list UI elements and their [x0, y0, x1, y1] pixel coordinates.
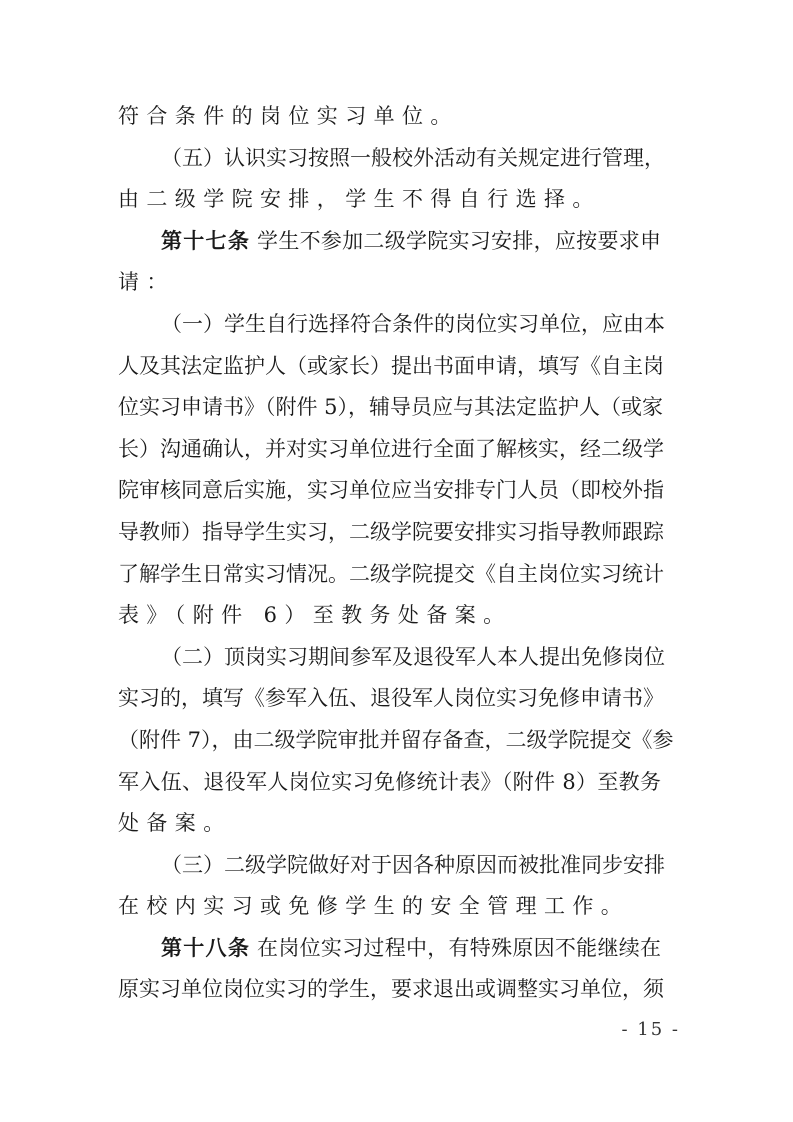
article-heading-line: 第十七条 学生不参加二级学院实习安排，应按要求申 — [118, 221, 661, 263]
line-text: 军入伍、退役军人岗位实习免修统计表》（附件 8）至教务 — [118, 770, 661, 794]
line-text: （三）二级学院做好对于因各种原因而被批准同步安排 — [161, 853, 665, 877]
line-text: 实习的，填写《参军入伍、退役军人岗位实习免修申请书》 — [118, 686, 664, 710]
paragraph-line: 军入伍、退役军人岗位实习免修统计表》（附件 8）至教务 — [118, 762, 661, 804]
paragraph-line: （附件 7），由二级学院审批并留存备查，二级学院提交《参 — [118, 720, 661, 762]
line-text: （二）顶岗实习期间参军及退役军人本人提出免修岗位 — [161, 645, 665, 669]
article-number: 第十七条 — [161, 229, 250, 253]
line-text: 由二级学院安排，学生不得自行选择。 — [118, 187, 601, 211]
paragraph-line: 了解学生日常实习情况。二级学院提交《自主岗位实习统计 — [118, 554, 661, 596]
line-text: 在岗位实习过程中，有特殊原因不能继续在 — [250, 936, 661, 960]
paragraph-line: （三）二级学院做好对于因各种原因而被批准同步安排 — [118, 845, 661, 887]
line-text: 表》（附件 6）至教务处备案。 — [118, 603, 512, 627]
article-number: 第十八条 — [161, 936, 250, 960]
paragraph-line: 处备案。 — [118, 803, 661, 845]
line-text: 人及其法定监护人（或家长）提出书面申请，填写《自主岗 — [118, 354, 664, 378]
paragraph-line: 位实习申请书》（附件 5），辅导员应与其法定监护人（或家 — [118, 387, 661, 429]
paragraph-line: 人及其法定监护人（或家长）提出书面申请，填写《自主岗 — [118, 346, 661, 388]
paragraph-line: 导教师）指导学生实习，二级学院要安排实习指导教师跟踪 — [118, 512, 661, 554]
paragraph-line: 院审核同意后实施，实习单位应当安排专门人员（即校外指 — [118, 470, 661, 512]
line-text: 处备案。 — [118, 811, 232, 835]
line-text: 学生不参加二级学院实习安排，应按要求申 — [250, 229, 661, 253]
article-heading-line: 第十八条 在岗位实习过程中，有特殊原因不能继续在 — [118, 928, 661, 970]
paragraph-line: 由二级学院安排，学生不得自行选择。 — [118, 179, 661, 221]
line-text: 在校内实习或免修学生的安全管理工作。 — [118, 894, 629, 918]
body-text: 符合条件的岗位实习单位。 （五）认识实习按照一般校外活动有关规定进行管理， 由二… — [118, 96, 661, 1011]
paragraph-line: 符合条件的岗位实习单位。 — [118, 96, 661, 138]
line-text: 了解学生日常实习情况。二级学院提交《自主岗位实习统计 — [118, 562, 664, 586]
line-text: （一）学生自行选择符合条件的岗位实习单位，应由本 — [161, 312, 665, 336]
paragraph-line: （一）学生自行选择符合条件的岗位实习单位，应由本 — [118, 304, 661, 346]
paragraph-line: 长）沟通确认，并对实习单位进行全面了解核实，经二级学 — [118, 429, 661, 471]
paragraph-line: 请： — [118, 262, 661, 304]
line-text: 长）沟通确认，并对实习单位进行全面了解核实，经二级学 — [118, 437, 664, 461]
document-page: 符合条件的岗位实习单位。 （五）认识实习按照一般校外活动有关规定进行管理， 由二… — [0, 0, 793, 1122]
line-text: 原实习单位岗位实习的学生，要求退出或调整实习单位，须 — [118, 977, 664, 1001]
line-text: 院审核同意后实施，实习单位应当安排专门人员（即校外指 — [118, 478, 664, 502]
paragraph-line: （五）认识实习按照一般校外活动有关规定进行管理， — [118, 138, 661, 180]
paragraph-line: 表》（附件 6）至教务处备案。 — [118, 595, 661, 637]
line-text: 请： — [118, 270, 175, 294]
line-text: （附件 7），由二级学院审批并留存备查，二级学院提交《参 — [118, 728, 674, 752]
line-text: （五）认识实习按照一般校外活动有关规定进行管理， — [161, 146, 665, 170]
page-number: - 15 - — [620, 1018, 680, 1042]
paragraph-line: 实习的，填写《参军入伍、退役军人岗位实习免修申请书》 — [118, 678, 661, 720]
line-text: 导教师）指导学生实习，二级学院要安排实习指导教师跟踪 — [118, 520, 664, 544]
line-text: 符合条件的岗位实习单位。 — [118, 104, 459, 128]
paragraph-line: 原实习单位岗位实习的学生，要求退出或调整实习单位，须 — [118, 969, 661, 1011]
line-text: 位实习申请书》（附件 5），辅导员应与其法定监护人（或家 — [118, 395, 663, 419]
paragraph-line: （二）顶岗实习期间参军及退役军人本人提出免修岗位 — [118, 637, 661, 679]
paragraph-line: 在校内实习或免修学生的安全管理工作。 — [118, 886, 661, 928]
